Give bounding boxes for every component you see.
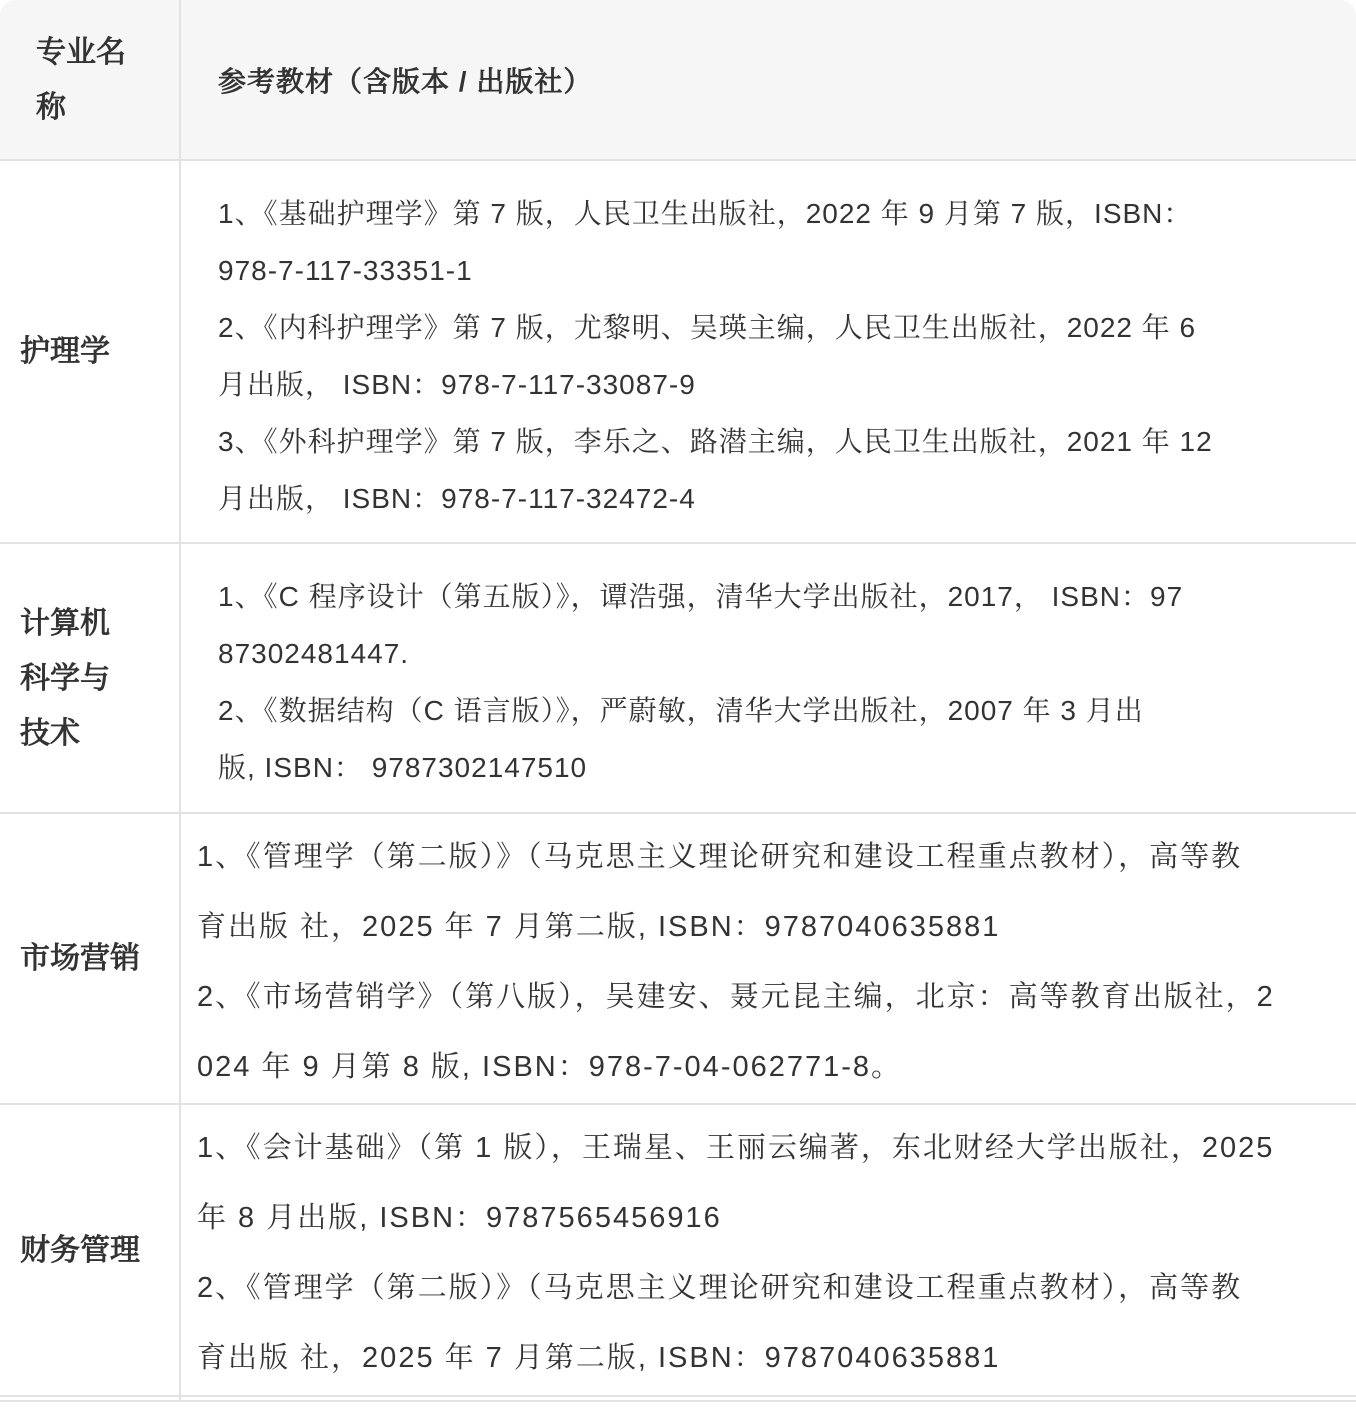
text-line: 专业名 [36,25,126,80]
text-line: 计算机 [20,596,110,651]
major-label: 市场营销 [0,931,140,986]
major-cell-marketing: 市场营销 [0,814,181,1103]
text-line: 版, ISBN： 9787302147510 [218,739,1316,796]
text-line: 1、《基础护理学》第 7 版，人民卫生出版社，2022 年 9 月第 7 版，I… [218,185,1316,242]
table-header-row: 专业名称 参考教材（含版本 / 出版社） [0,0,1356,161]
table-row-marketing: 市场营销 1、《管理学（第二版）》（马克思主义理论研究和建设工程重点教材），高等… [0,814,1356,1105]
text-line: 育出版 社，2025 年 7 月第二版, ISBN：9787040635881 [197,1323,1340,1393]
text-line: 978-7-117-33351-1 [218,242,1316,299]
textbooks-cell-nursing: 1、《基础护理学》第 7 版，人民卫生出版社，2022 年 9 月第 7 版，I… [181,161,1356,542]
text-line: 月出版， ISBN：978-7-117-32472-4 [218,470,1316,527]
text-line: 2、《市场营销学》（第八版），吴建安、聂元昆主编，北京：高等教育出版社，2 [197,962,1340,1032]
major-cell-financial-management: 财务管理 [0,1105,181,1395]
table-row-financial-management: 财务管理 1、《会计基础》（第 1 版），王瑞星、王丽云编著，东北财经大学出版社… [0,1105,1356,1397]
major-name-header-label: 专业名称 [36,25,126,135]
text-line: 财务管理 [20,1223,140,1278]
major-cell-nursing: 护理学 [0,161,181,542]
major-label: 护理学 [0,324,110,379]
text-line: 称 [36,80,126,135]
text-line: 2、《管理学（第二版）》（马克思主义理论研究和建设工程重点教材），高等教 [197,1253,1340,1323]
text-line: 024 年 9 月第 8 版, ISBN：978-7-04-062771-8。 [197,1032,1340,1102]
table-row-nursing: 护理学 1、《基础护理学》第 7 版，人民卫生出版社，2022 年 9 月第 7… [0,161,1356,544]
textbooks-header-label: 参考教材（含版本 / 出版社） [218,60,1356,100]
bottom-edge-sliver [0,1402,1356,1408]
text-line: 87302481447. [218,625,1316,682]
major-cell-computer-science: 计算机科学与技术 [0,544,181,812]
partial-textbooks-cell [181,1397,1356,1400]
textbooks-cell-financial-management: 1、《会计基础》（第 1 版），王瑞星、王丽云编著，东北财经大学出版社，2025… [181,1105,1356,1395]
text-line: 年 8 月出版, ISBN：9787565456916 [197,1183,1340,1253]
table-row-computer-science: 计算机科学与技术 1、《C 程序设计（第五版）》，谭浩强，清华大学出版社，201… [0,544,1356,814]
text-line: 1、《C 程序设计（第五版）》，谭浩强，清华大学出版社，2017， ISBN：9… [218,568,1316,625]
major-label: 计算机科学与技术 [0,596,110,761]
text-line: 科学与 [20,651,110,706]
text-line: 育出版 社，2025 年 7 月第二版, ISBN：9787040635881 [197,892,1340,962]
text-line: 月出版， ISBN：978-7-117-33087-9 [218,356,1316,413]
major-label: 财务管理 [0,1223,140,1278]
header-cell-textbooks: 参考教材（含版本 / 出版社） [181,0,1356,159]
text-line: 市场营销 [20,931,140,986]
text-line: 2、《内科护理学》第 7 版，尤黎明、吴瑛主编，人民卫生出版社，2022 年 6 [218,299,1316,356]
text-line: 1、《管理学（第二版）》（马克思主义理论研究和建设工程重点教材），高等教 [197,822,1340,892]
text-line: 3、《外科护理学》第 7 版，李乐之、路潜主编，人民卫生出版社，2021 年 1… [218,413,1316,470]
header-cell-major-name: 专业名称 [0,0,181,159]
partial-major-cell [0,1397,181,1400]
text-line: 技术 [20,706,110,761]
textbooks-cell-computer-science: 1、《C 程序设计（第五版）》，谭浩强，清华大学出版社，2017， ISBN：9… [181,544,1356,812]
text-line: 2、《数据结构（C 语言版）》，严蔚敏，清华大学出版社，2007 年 3 月出 [218,682,1316,739]
text-line: 1、《会计基础》（第 1 版），王瑞星、王丽云编著，东北财经大学出版社，2025 [197,1113,1340,1183]
textbooks-cell-marketing: 1、《管理学（第二版）》（马克思主义理论研究和建设工程重点教材），高等教育出版 … [181,814,1356,1103]
textbook-reference-table: 专业名称 参考教材（含版本 / 出版社） 护理学 1、《基础护理学》第 7 版，… [0,0,1356,1408]
text-line: 护理学 [20,324,110,379]
